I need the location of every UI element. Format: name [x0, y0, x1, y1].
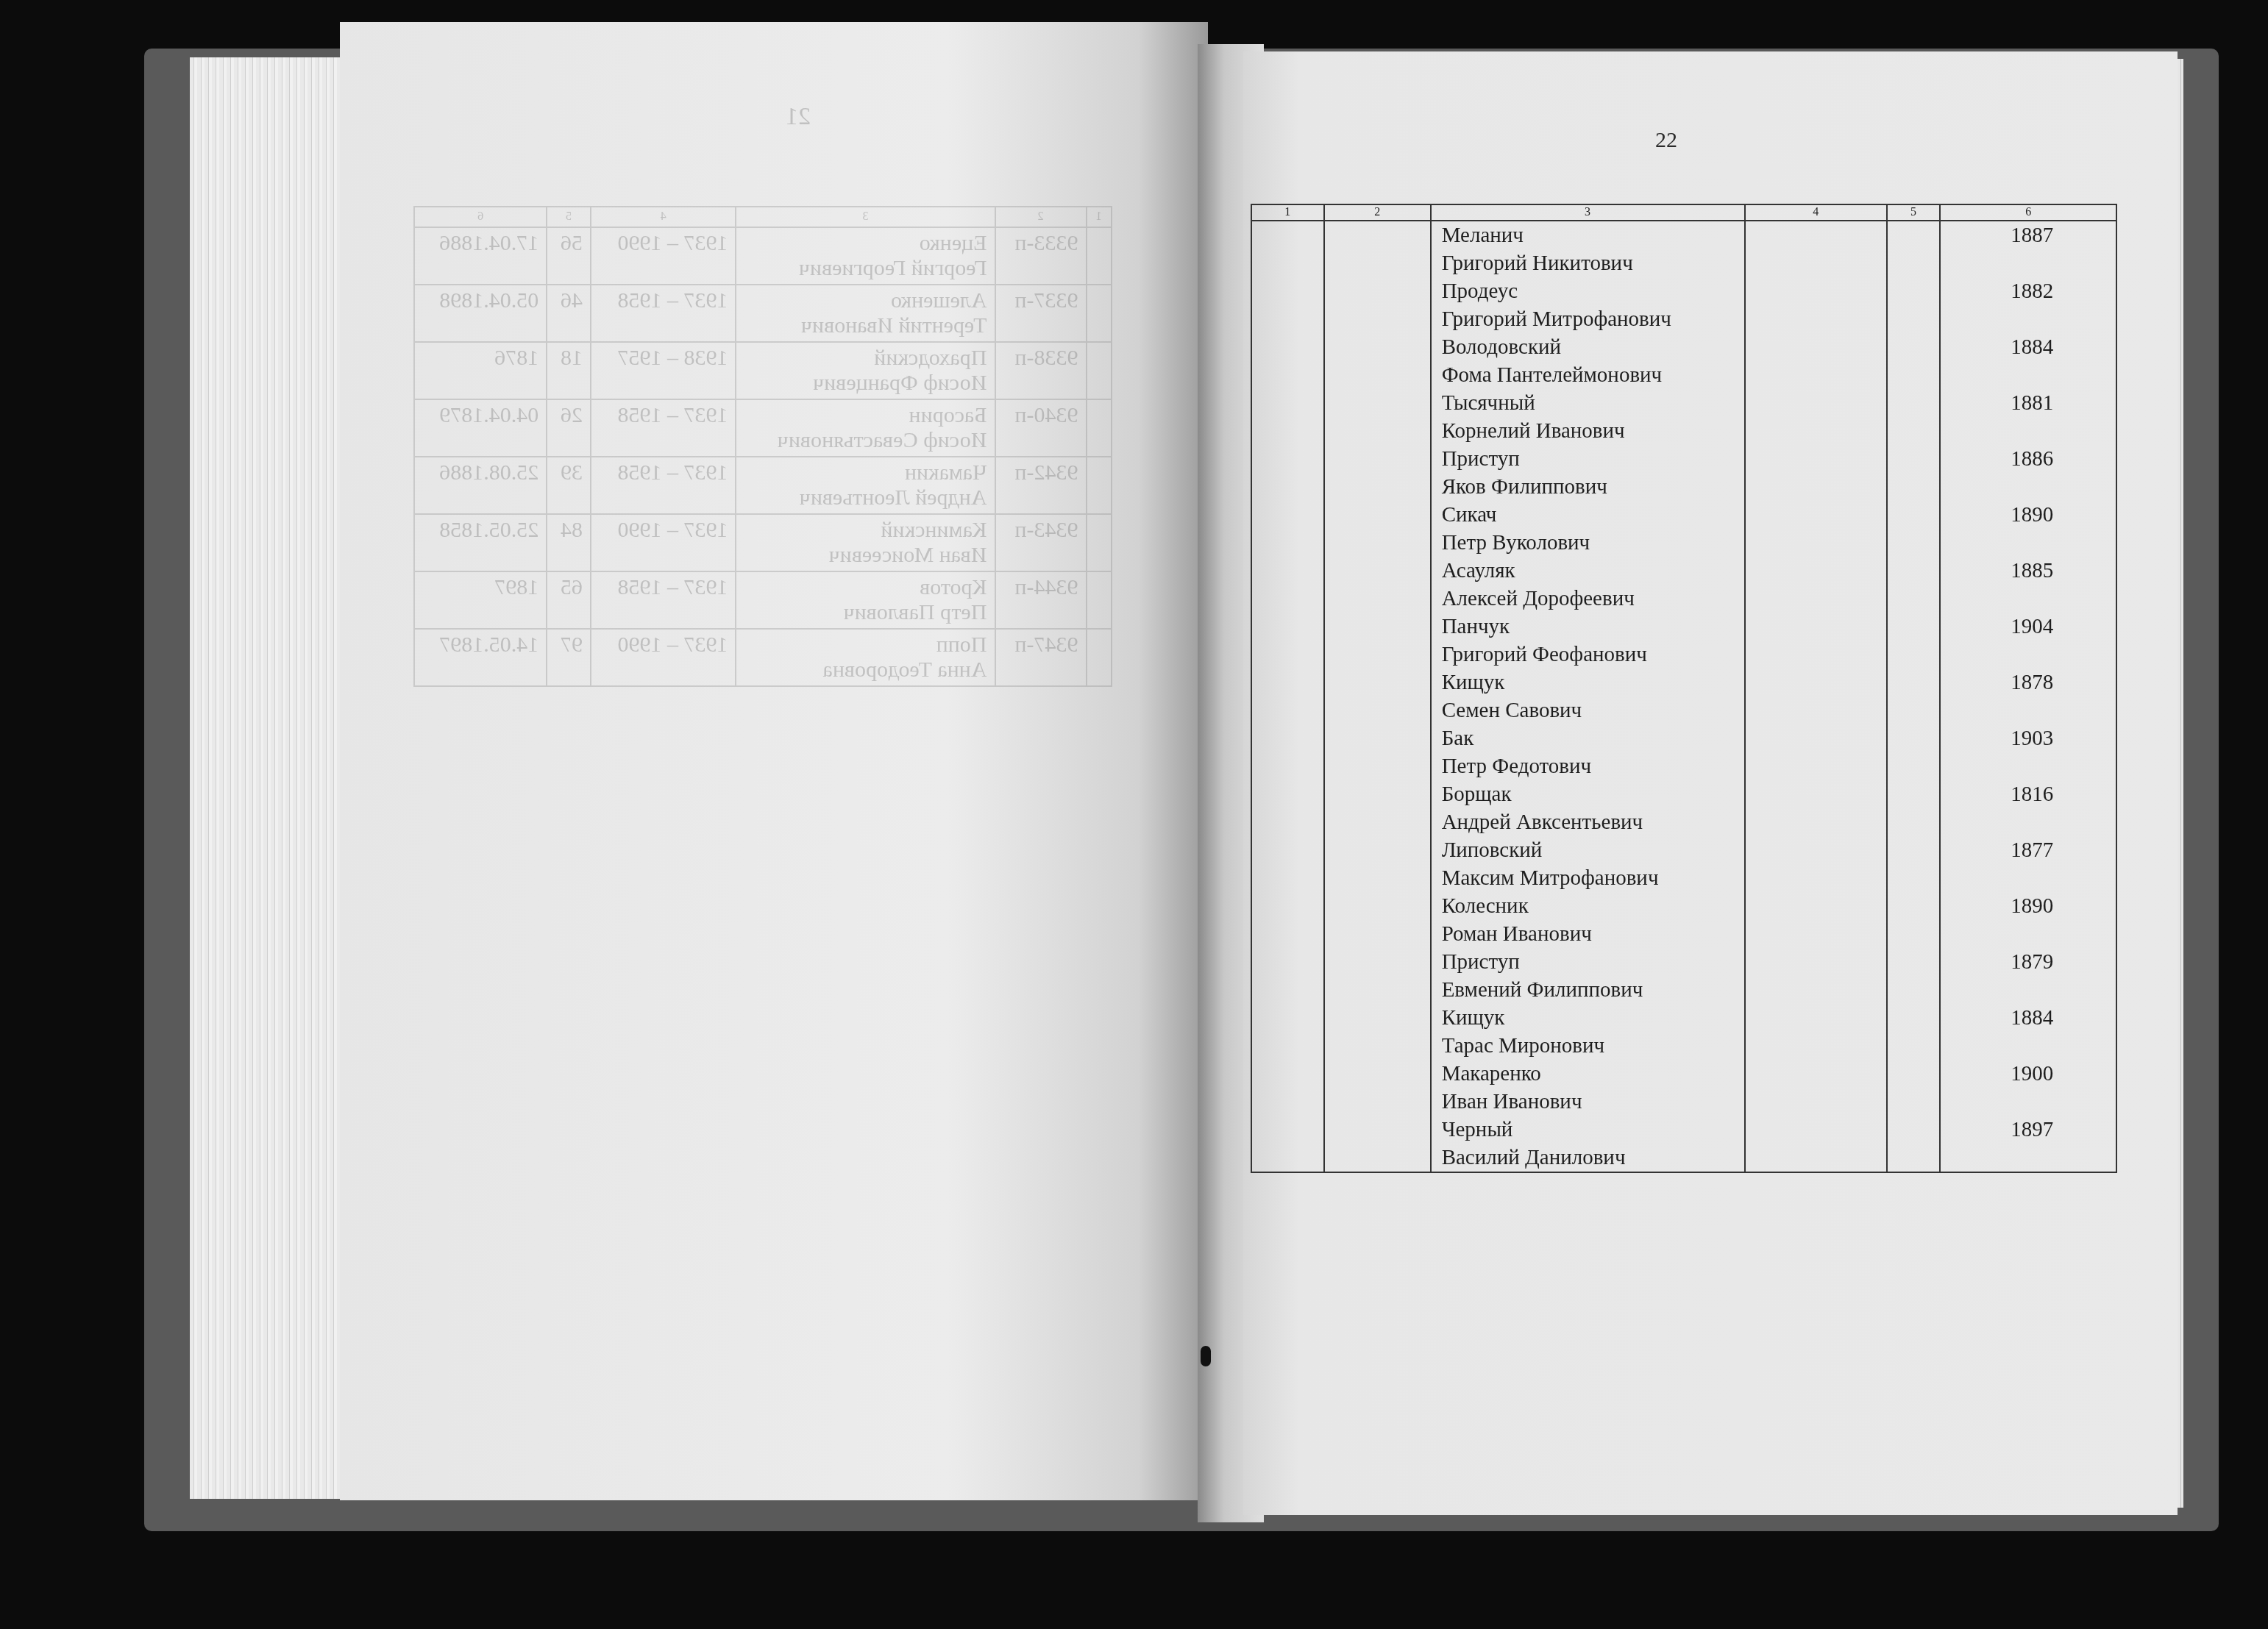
- bleed-given: Иосиф Францевич: [744, 371, 987, 396]
- bleed-n: 26: [547, 399, 591, 457]
- bleed-row: 9343-пКаминскийИван Моисеевич1937 – 1990…: [414, 514, 1112, 571]
- column-header: 1: [1251, 204, 1324, 221]
- bleed-given: Анна Теодоровна: [744, 657, 987, 682]
- surname: Продеус: [1442, 277, 1744, 305]
- surname: Бак: [1442, 724, 1744, 752]
- bleed-name: КаминскийИван Моисеевич: [736, 514, 995, 571]
- bleed-col1: [1087, 571, 1112, 629]
- bleed-n: 39: [547, 457, 591, 514]
- bleed-date: 05.04.1898: [414, 285, 547, 342]
- birth-year: 1886: [1941, 445, 2116, 501]
- birth-year: 1903: [1941, 724, 2116, 780]
- bleed-col1: [1087, 342, 1112, 399]
- surname: Панчук: [1442, 613, 1744, 641]
- page-number: 22: [1655, 128, 1677, 153]
- bleed-years: 1937 – 1958: [591, 457, 736, 514]
- right-page: 22 1 2 3 4 5 6 МеланичГригорий Никитович…: [1243, 51, 2178, 1515]
- bleed-n: 65: [547, 571, 591, 629]
- bleed-table: 123456 9333-пЕценкоГеоргий Георгиевич193…: [413, 206, 1112, 687]
- birth-year: 1890: [1941, 501, 2116, 557]
- given-name-patronymic: Роман Иванович: [1442, 920, 1744, 948]
- bleed-date: 1876: [414, 342, 547, 399]
- bleed-id: 9344-п: [995, 571, 1087, 629]
- surname: Приступ: [1442, 948, 1744, 976]
- col-4-cell: [1745, 221, 1887, 1172]
- given-name-patronymic: Андрей Авксентьевич: [1442, 808, 1744, 836]
- given-name-patronymic: Григорий Митрофанович: [1442, 305, 1744, 333]
- bleed-name: ЧамакинАндрей Леонтьевич: [736, 457, 995, 514]
- bleed-through-text: 21 123456 9333-пЕценкоГеоргий Георгиевич…: [340, 22, 1208, 1500]
- birth-year: 1884: [1941, 1004, 2116, 1060]
- bleed-date: 14.05.1897: [414, 629, 547, 686]
- bleed-col1: [1087, 457, 1112, 514]
- years-cell: 1887188218841881188618901885190418781903…: [1940, 221, 2116, 1172]
- bleed-id: 9338-п: [995, 342, 1087, 399]
- surname: Черный: [1442, 1116, 1744, 1144]
- given-name-patronymic: Василий Данилович: [1442, 1144, 1744, 1172]
- bleed-years: 1937 – 1990: [591, 629, 736, 686]
- birth-year: 1884: [1941, 333, 2116, 389]
- bleed-given: Иван Моисеевич: [744, 543, 987, 568]
- bleed-n: 84: [547, 514, 591, 571]
- surname: Приступ: [1442, 445, 1744, 473]
- bleed-given: Иосиф Севастьянович: [744, 428, 987, 453]
- bleed-given: Петр Павлович: [744, 600, 987, 625]
- bleed-surname: Кротов: [744, 575, 987, 600]
- bleed-date: 25.08.1886: [414, 457, 547, 514]
- bleed-id: 9337-п: [995, 285, 1087, 342]
- bleed-date: 25.05.1858: [414, 514, 547, 571]
- col-1-cell: [1251, 221, 1324, 1172]
- column-header-row: 1 2 3 4 5 6: [1251, 204, 2116, 221]
- bleed-id: 9343-п: [995, 514, 1087, 571]
- birth-year: 1881: [1941, 389, 2116, 445]
- surname: Макаренко: [1442, 1060, 1744, 1088]
- bleed-col1: [1087, 399, 1112, 457]
- bleed-id: 9333-п: [995, 227, 1087, 285]
- birth-year: 1882: [1941, 277, 2116, 333]
- bleed-col1: [1087, 227, 1112, 285]
- bleed-n: 18: [547, 342, 591, 399]
- birth-year: 1885: [1941, 557, 2116, 613]
- given-name-patronymic: Семен Савович: [1442, 696, 1744, 724]
- bleed-col1: [1087, 629, 1112, 686]
- given-name-patronymic: Григорий Феофанович: [1442, 641, 1744, 669]
- names-cell: МеланичГригорий НикитовичПродеусГригорий…: [1431, 221, 1745, 1172]
- bleed-years: 1937 – 1958: [591, 571, 736, 629]
- bleed-name: ЕценкоГеоргий Георгиевич: [736, 227, 995, 285]
- birth-year: 1879: [1941, 948, 2116, 1004]
- bleed-n: 97: [547, 629, 591, 686]
- surname: Асауляк: [1442, 557, 1744, 585]
- bleed-date: 1897: [414, 571, 547, 629]
- page-speck: [1201, 1346, 1211, 1366]
- bleed-name: ПраходскийИосиф Францевич: [736, 342, 995, 399]
- column-header: 3: [1431, 204, 1745, 221]
- bleed-surname: Еценко: [744, 231, 987, 256]
- bleed-row: 9340-пБасоринИосиф Севастьянович1937 – 1…: [414, 399, 1112, 457]
- birth-year: 1897: [1941, 1116, 2116, 1172]
- bleed-given: Терентий Иванович: [744, 313, 987, 338]
- given-name-patronymic: Евмений Филиппович: [1442, 976, 1744, 1004]
- surname: Кищук: [1442, 669, 1744, 696]
- col-2-cell: [1324, 221, 1431, 1172]
- bleed-date: 04.04.1879: [414, 399, 547, 457]
- bleed-col1: [1087, 514, 1112, 571]
- col-5-cell: [1887, 221, 1940, 1172]
- bleed-date: 17.04.1886: [414, 227, 547, 285]
- surname: Володовский: [1442, 333, 1744, 361]
- birth-year: 1887: [1941, 221, 2116, 277]
- bleed-row: 9337-пАлешенкоТерентий Иванович1937 – 19…: [414, 285, 1112, 342]
- bleed-surname: Попп: [744, 632, 987, 657]
- bleed-given: Георгий Георгиевич: [744, 256, 987, 281]
- given-name-patronymic: Петр Вуколович: [1442, 529, 1744, 557]
- birth-year: 1900: [1941, 1060, 2116, 1116]
- bleed-surname: Каминский: [744, 518, 987, 543]
- left-page: 21 123456 9333-пЕценкоГеоргий Георгиевич…: [340, 22, 1208, 1500]
- surname: Колесник: [1442, 892, 1744, 920]
- surname: Кищук: [1442, 1004, 1744, 1032]
- bleed-years: 1937 – 1958: [591, 285, 736, 342]
- bleed-years: 1937 – 1990: [591, 514, 736, 571]
- bleed-surname: Басорин: [744, 403, 987, 428]
- birth-year: 1904: [1941, 613, 2116, 669]
- bleed-col1: [1087, 285, 1112, 342]
- bleed-surname: Чамакин: [744, 460, 987, 485]
- table-body-row: МеланичГригорий НикитовичПродеусГригорий…: [1251, 221, 2116, 1172]
- bleed-surname: Праходский: [744, 346, 987, 371]
- surname: Липовский: [1442, 836, 1744, 864]
- birth-year: 1816: [1941, 780, 2116, 836]
- surname: Тысячный: [1442, 389, 1744, 417]
- column-header: 4: [1745, 204, 1887, 221]
- given-name-patronymic: Фома Пантелеймонович: [1442, 361, 1744, 389]
- bleed-id: 9347-п: [995, 629, 1087, 686]
- birth-year: 1890: [1941, 892, 2116, 948]
- surname: Сикач: [1442, 501, 1744, 529]
- bleed-row: 9338-пПраходскийИосиф Францевич1938 – 19…: [414, 342, 1112, 399]
- given-name-patronymic: Григорий Никитович: [1442, 249, 1744, 277]
- bleed-name: АлешенкоТерентий Иванович: [736, 285, 995, 342]
- page-stack-left: [190, 57, 359, 1499]
- left-page-number: 21: [786, 103, 811, 131]
- bleed-given: Андрей Леонтьевич: [744, 485, 987, 510]
- bleed-row: 9333-пЕценкоГеоргий Георгиевич1937 – 199…: [414, 227, 1112, 285]
- given-name-patronymic: Максим Митрофанович: [1442, 864, 1744, 892]
- bleed-name: ПоппАнна Теодоровна: [736, 629, 995, 686]
- bleed-years: 1937 – 1958: [591, 399, 736, 457]
- bleed-n: 46: [547, 285, 591, 342]
- bleed-row: 9347-пПоппАнна Теодоровна1937 – 19909714…: [414, 629, 1112, 686]
- bleed-n: 56: [547, 227, 591, 285]
- register-table: 1 2 3 4 5 6 МеланичГригорий НикитовичПро…: [1251, 204, 2117, 1173]
- bleed-years: 1938 – 1957: [591, 342, 736, 399]
- bleed-name: КротовПетр Павлович: [736, 571, 995, 629]
- given-name-patronymic: Алексей Дорофеевич: [1442, 585, 1744, 613]
- given-name-patronymic: Тарас Миронович: [1442, 1032, 1744, 1060]
- surname: Меланич: [1442, 221, 1744, 249]
- given-name-patronymic: Яков Филиппович: [1442, 473, 1744, 501]
- birth-year: 1878: [1941, 669, 2116, 724]
- birth-year: 1877: [1941, 836, 2116, 892]
- bleed-row: 9344-пКротовПетр Павлович1937 – 19586518…: [414, 571, 1112, 629]
- surname: Борщак: [1442, 780, 1744, 808]
- given-name-patronymic: Иван Иванович: [1442, 1088, 1744, 1116]
- bleed-row: 9342-пЧамакинАндрей Леонтьевич1937 – 195…: [414, 457, 1112, 514]
- bleed-id: 9340-п: [995, 399, 1087, 457]
- bleed-surname: Алешенко: [744, 288, 987, 313]
- given-name-patronymic: Петр Федотович: [1442, 752, 1744, 780]
- column-header: 2: [1324, 204, 1431, 221]
- bleed-id: 9342-п: [995, 457, 1087, 514]
- bleed-name: БасоринИосиф Севастьянович: [736, 399, 995, 457]
- bleed-years: 1937 – 1990: [591, 227, 736, 285]
- given-name-patronymic: Корнелий Иванович: [1442, 417, 1744, 445]
- column-header: 5: [1887, 204, 1940, 221]
- column-header: 6: [1940, 204, 2116, 221]
